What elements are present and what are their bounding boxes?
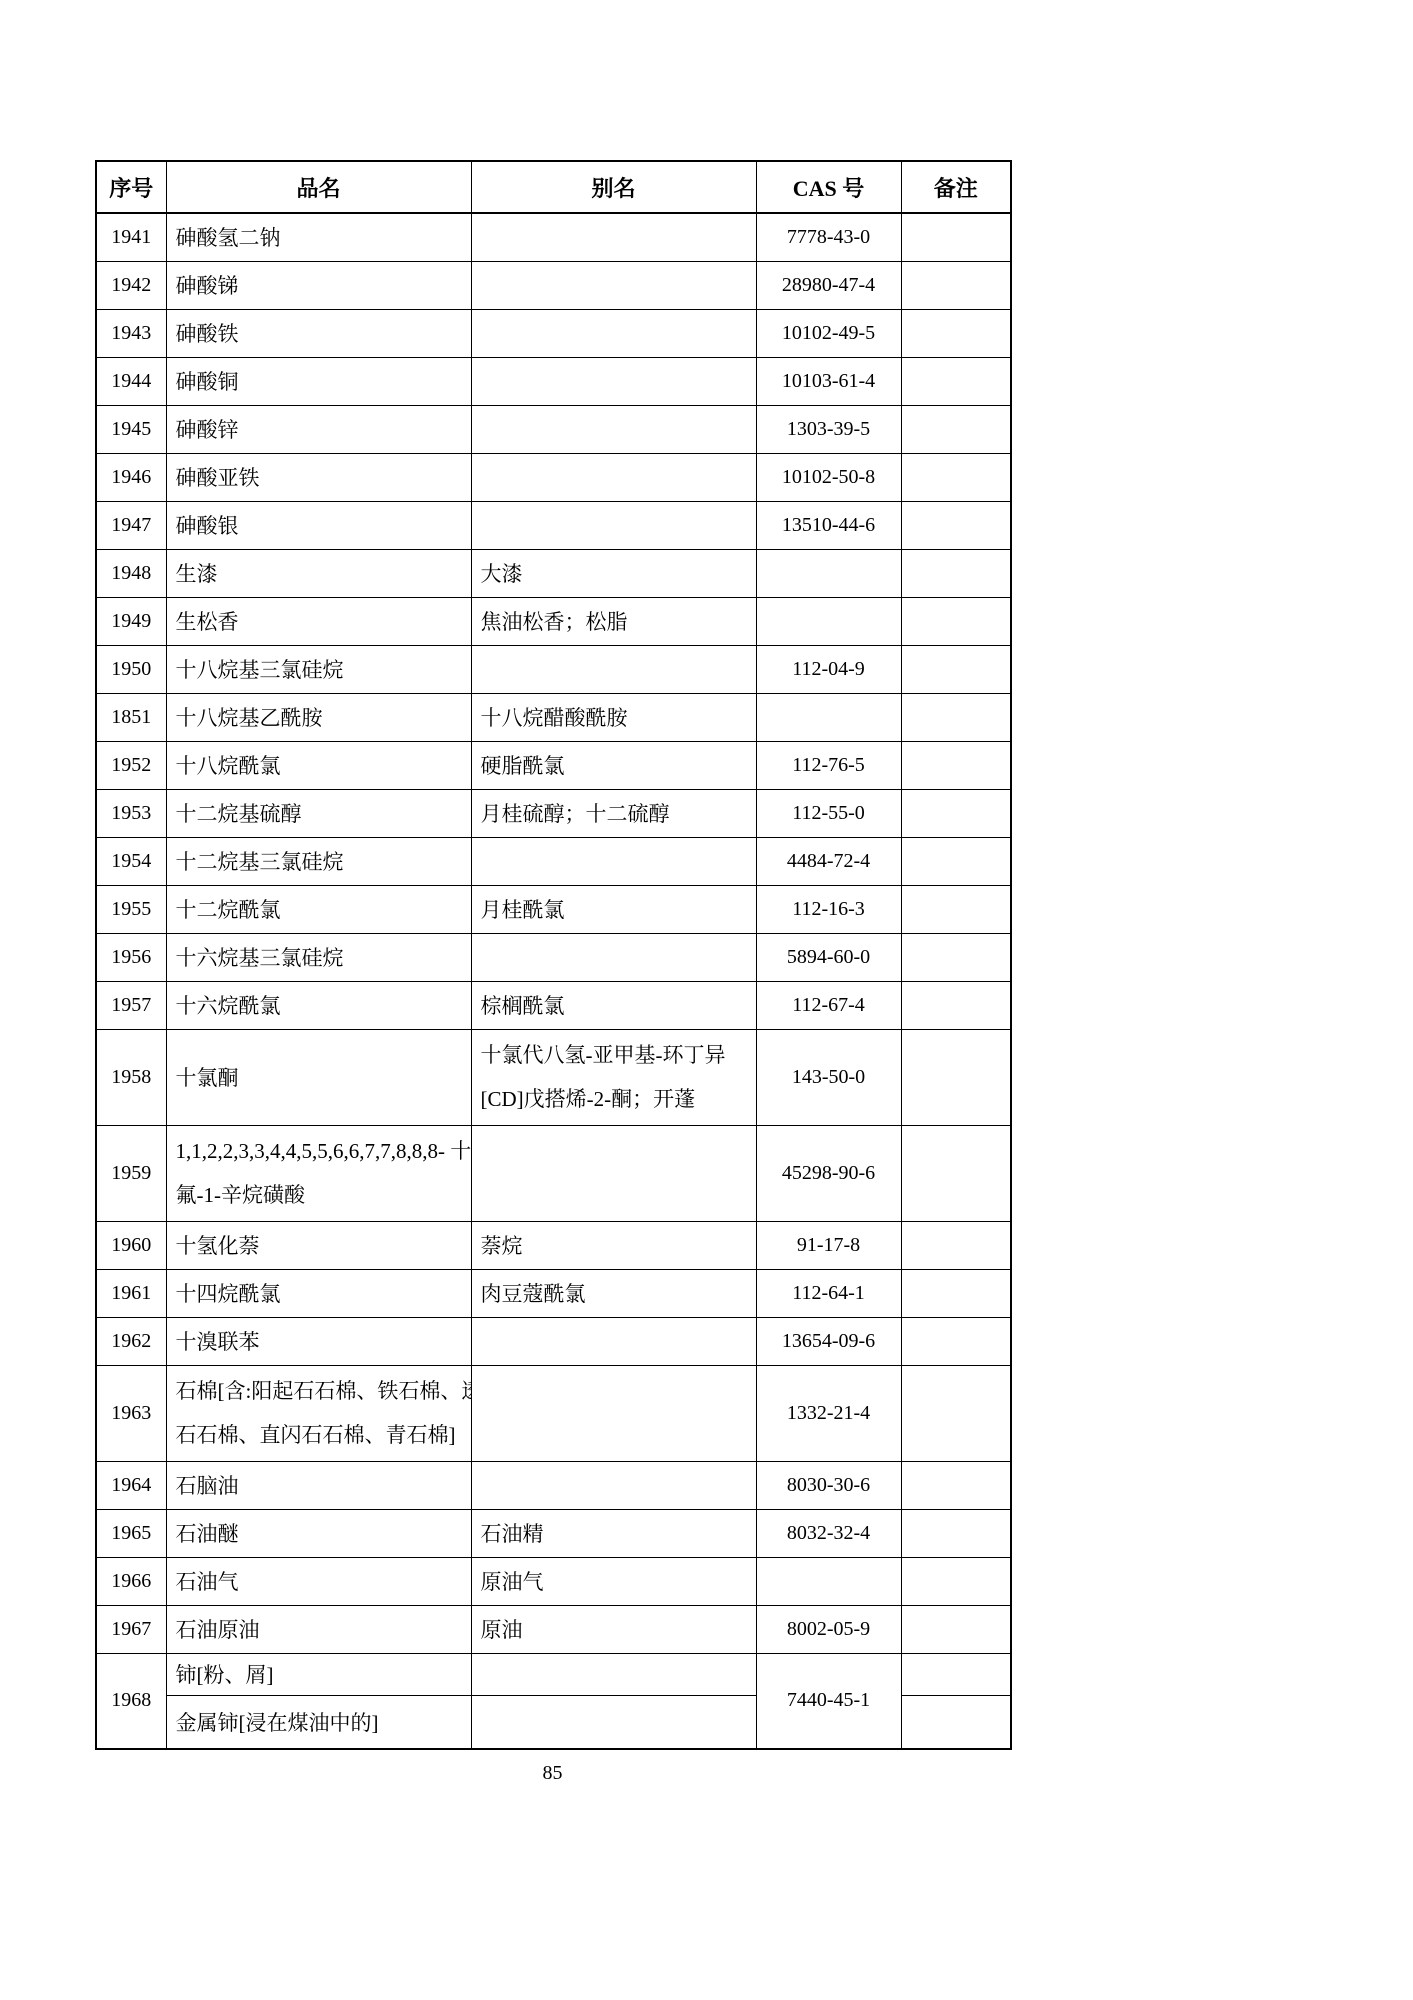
- cell-alias: [471, 1461, 756, 1509]
- cell-note: [901, 261, 1011, 309]
- cell-name: 石脑油: [166, 1461, 471, 1509]
- cell-serial: 1943: [96, 309, 166, 357]
- cell-serial: 1965: [96, 1509, 166, 1557]
- cell-note: [901, 1605, 1011, 1653]
- cell-cas: 1303-39-5: [756, 405, 901, 453]
- header-row: 序号 品名 别名 CAS 号 备注: [96, 161, 1011, 213]
- cell-cas: 10102-49-5: [756, 309, 901, 357]
- cell-alias: 月桂酰氯: [471, 885, 756, 933]
- table-row: 1964 石脑油 8030-30-6: [96, 1461, 1011, 1509]
- cell-cas: 13510-44-6: [756, 501, 901, 549]
- name-line: 1,1,2,2,3,3,4,4,5,5,6,6,7,7,8,8,8- 十 七: [176, 1129, 465, 1173]
- cell-alias: [471, 453, 756, 501]
- cell-serial: 1963: [96, 1365, 166, 1461]
- column-header-cas: CAS 号: [756, 161, 901, 213]
- table-row: 1966 石油气 原油气: [96, 1557, 1011, 1605]
- cell-serial: 1947: [96, 501, 166, 549]
- cell-name: 十二烷基硫醇: [166, 789, 471, 837]
- cell-name: 十八烷基三氯硅烷: [166, 645, 471, 693]
- table-row: 1945 砷酸锌 1303-39-5: [96, 405, 1011, 453]
- cell-serial: 1964: [96, 1461, 166, 1509]
- cell-note: [901, 1653, 1011, 1695]
- table-row: 1851 十八烷基乙酰胺 十八烷醋酸酰胺: [96, 693, 1011, 741]
- cell-name: 十二烷酰氯: [166, 885, 471, 933]
- cell-cas: [756, 693, 901, 741]
- cell-name: 石油原油: [166, 1605, 471, 1653]
- cell-note: [901, 1461, 1011, 1509]
- cell-serial: 1948: [96, 549, 166, 597]
- cell-serial: 1962: [96, 1317, 166, 1365]
- cell-name: 十氢化萘: [166, 1221, 471, 1269]
- cell-cas: 45298-90-6: [756, 1125, 901, 1221]
- cell-note: [901, 1509, 1011, 1557]
- cell-alias: 肉豆蔻酰氯: [471, 1269, 756, 1317]
- table-row: 1944 砷酸铜 10103-61-4: [96, 357, 1011, 405]
- cell-serial: 1952: [96, 741, 166, 789]
- cell-name: 十八烷酰氯: [166, 741, 471, 789]
- cell-name: 十八烷基乙酰胺: [166, 693, 471, 741]
- cell-serial: 1959: [96, 1125, 166, 1221]
- cell-alias: [471, 1317, 756, 1365]
- chemical-list-table: 序号 品名 别名 CAS 号 备注 1941 砷酸氢二钠 7778-43-0 1…: [95, 160, 1012, 1750]
- cell-name: 金属铈[浸在煤油中的]: [166, 1695, 471, 1749]
- cell-cas: 143-50-0: [756, 1029, 901, 1125]
- table-row: 1952 十八烷酰氯 硬脂酰氯 112-76-5: [96, 741, 1011, 789]
- cell-name: 生漆: [166, 549, 471, 597]
- table-row: 1943 砷酸铁 10102-49-5: [96, 309, 1011, 357]
- cell-cas: 1332-21-4: [756, 1365, 901, 1461]
- cell-name: 砷酸锌: [166, 405, 471, 453]
- cell-note: [901, 933, 1011, 981]
- cell-alias: [471, 357, 756, 405]
- cell-cas: 8030-30-6: [756, 1461, 901, 1509]
- cell-alias: 石油精: [471, 1509, 756, 1557]
- cell-note: [901, 789, 1011, 837]
- cell-serial: 1953: [96, 789, 166, 837]
- table-row: 1967 石油原油 原油 8002-05-9: [96, 1605, 1011, 1653]
- cell-alias: 十氯代八氢-亚甲基-环丁异 [CD]戊搭烯-2-酮；开蓬: [471, 1029, 756, 1125]
- cell-cas: 112-04-9: [756, 645, 901, 693]
- page-number: 85: [95, 1762, 1010, 1785]
- cell-note: [901, 405, 1011, 453]
- cell-alias: [471, 1365, 756, 1461]
- cell-serial: 1946: [96, 453, 166, 501]
- cell-note: [901, 981, 1011, 1029]
- column-header-alias: 别名: [471, 161, 756, 213]
- cell-alias: [471, 1125, 756, 1221]
- cell-serial: 1949: [96, 597, 166, 645]
- cell-cas: 112-16-3: [756, 885, 901, 933]
- cell-note: [901, 1365, 1011, 1461]
- alias-line: 十氯代八氢-亚甲基-环丁异: [481, 1033, 750, 1077]
- cell-alias: [471, 261, 756, 309]
- cell-note: [901, 1221, 1011, 1269]
- cell-serial: 1941: [96, 213, 166, 261]
- cell-name: 1,1,2,2,3,3,4,4,5,5,6,6,7,7,8,8,8- 十 七 氟…: [166, 1125, 471, 1221]
- cell-note: [901, 549, 1011, 597]
- document-page: 序号 品名 别名 CAS 号 备注 1941 砷酸氢二钠 7778-43-0 1…: [0, 0, 1413, 2000]
- cell-name: 石油醚: [166, 1509, 471, 1557]
- cell-serial: 1968: [96, 1653, 166, 1749]
- cell-name: 十六烷酰氯: [166, 981, 471, 1029]
- cell-serial: 1960: [96, 1221, 166, 1269]
- cell-alias: 焦油松香；松脂: [471, 597, 756, 645]
- table-row: 1956 十六烷基三氯硅烷 5894-60-0: [96, 933, 1011, 981]
- cell-alias: 月桂硫醇；十二硫醇: [471, 789, 756, 837]
- cell-note: [901, 213, 1011, 261]
- cell-note: [901, 357, 1011, 405]
- table-row: 1950 十八烷基三氯硅烷 112-04-9: [96, 645, 1011, 693]
- cell-serial: 1966: [96, 1557, 166, 1605]
- cell-note: [901, 1269, 1011, 1317]
- table-row: 1968 铈[粉、屑] 7440-45-1: [96, 1653, 1011, 1695]
- cell-cas: 13654-09-6: [756, 1317, 901, 1365]
- column-header-note: 备注: [901, 161, 1011, 213]
- cell-name: 砷酸铜: [166, 357, 471, 405]
- cell-serial: 1956: [96, 933, 166, 981]
- cell-note: [901, 1029, 1011, 1125]
- cell-serial: 1967: [96, 1605, 166, 1653]
- cell-alias: 十八烷醋酸酰胺: [471, 693, 756, 741]
- column-header-serial: 序号: [96, 161, 166, 213]
- cell-note: [901, 693, 1011, 741]
- cell-alias: 大漆: [471, 549, 756, 597]
- cell-name: 砷酸亚铁: [166, 453, 471, 501]
- name-line: 石石棉、直闪石石棉、青石棉]: [176, 1413, 465, 1457]
- cell-note: [901, 1695, 1011, 1749]
- table-row: 1955 十二烷酰氯 月桂酰氯 112-16-3: [96, 885, 1011, 933]
- cell-cas: 5894-60-0: [756, 933, 901, 981]
- cell-name: 砷酸铁: [166, 309, 471, 357]
- cell-alias: [471, 1695, 756, 1749]
- cell-name: 十二烷基三氯硅烷: [166, 837, 471, 885]
- table-row: 1962 十溴联苯 13654-09-6: [96, 1317, 1011, 1365]
- cell-name: 生松香: [166, 597, 471, 645]
- table-row: 1959 1,1,2,2,3,3,4,4,5,5,6,6,7,7,8,8,8- …: [96, 1125, 1011, 1221]
- cell-note: [901, 837, 1011, 885]
- cell-cas: 7440-45-1: [756, 1653, 901, 1749]
- cell-serial: 1950: [96, 645, 166, 693]
- cell-name: 十溴联苯: [166, 1317, 471, 1365]
- table-row: 1954 十二烷基三氯硅烷 4484-72-4: [96, 837, 1011, 885]
- cell-cas: 91-17-8: [756, 1221, 901, 1269]
- table-row: 1949 生松香 焦油松香；松脂: [96, 597, 1011, 645]
- cell-note: [901, 1317, 1011, 1365]
- cell-alias: 原油: [471, 1605, 756, 1653]
- cell-alias: [471, 645, 756, 693]
- cell-cas: 10103-61-4: [756, 357, 901, 405]
- cell-note: [901, 309, 1011, 357]
- cell-alias: [471, 213, 756, 261]
- cell-note: [901, 645, 1011, 693]
- cell-note: [901, 741, 1011, 789]
- cell-name: 十四烷酰氯: [166, 1269, 471, 1317]
- table-row: 1958 十氯酮 十氯代八氢-亚甲基-环丁异 [CD]戊搭烯-2-酮；开蓬 14…: [96, 1029, 1011, 1125]
- table-row: 1960 十氢化萘 萘烷 91-17-8: [96, 1221, 1011, 1269]
- cell-name: 十氯酮: [166, 1029, 471, 1125]
- cell-serial: 1851: [96, 693, 166, 741]
- cell-serial: 1954: [96, 837, 166, 885]
- cell-note: [901, 597, 1011, 645]
- cell-cas: 8032-32-4: [756, 1509, 901, 1557]
- cell-cas: [756, 1557, 901, 1605]
- table-row: 1957 十六烷酰氯 棕榈酰氯 112-67-4: [96, 981, 1011, 1029]
- cell-cas: 28980-47-4: [756, 261, 901, 309]
- cell-cas: 7778-43-0: [756, 213, 901, 261]
- cell-name: 砷酸银: [166, 501, 471, 549]
- cell-cas: 112-67-4: [756, 981, 901, 1029]
- cell-serial: 1955: [96, 885, 166, 933]
- cell-alias: 原油气: [471, 1557, 756, 1605]
- cell-name: 石油气: [166, 1557, 471, 1605]
- cell-cas: [756, 597, 901, 645]
- table-row: 1953 十二烷基硫醇 月桂硫醇；十二硫醇 112-55-0: [96, 789, 1011, 837]
- cell-name: 十六烷基三氯硅烷: [166, 933, 471, 981]
- cell-note: [901, 1125, 1011, 1221]
- cell-note: [901, 1557, 1011, 1605]
- cell-note: [901, 885, 1011, 933]
- cell-name: 铈[粉、屑]: [166, 1653, 471, 1695]
- cell-alias: 萘烷: [471, 1221, 756, 1269]
- cell-alias: [471, 837, 756, 885]
- table-row: 1965 石油醚 石油精 8032-32-4: [96, 1509, 1011, 1557]
- alias-line: [CD]戊搭烯-2-酮；开蓬: [481, 1077, 750, 1121]
- cell-alias: [471, 405, 756, 453]
- cell-cas: 4484-72-4: [756, 837, 901, 885]
- table-row: 1963 石棉[含:阳起石石棉、铁石棉、透闪 石石棉、直闪石石棉、青石棉] 13…: [96, 1365, 1011, 1461]
- name-line: 石棉[含:阳起石石棉、铁石棉、透闪: [176, 1369, 465, 1413]
- cell-serial: 1958: [96, 1029, 166, 1125]
- cell-alias: [471, 501, 756, 549]
- table-row: 1947 砷酸银 13510-44-6: [96, 501, 1011, 549]
- cell-name: 砷酸氢二钠: [166, 213, 471, 261]
- cell-note: [901, 501, 1011, 549]
- cell-cas: 8002-05-9: [756, 1605, 901, 1653]
- cell-cas: 10102-50-8: [756, 453, 901, 501]
- cell-note: [901, 453, 1011, 501]
- cell-serial: 1961: [96, 1269, 166, 1317]
- cell-name: 砷酸锑: [166, 261, 471, 309]
- cell-serial: 1945: [96, 405, 166, 453]
- cell-cas: [756, 549, 901, 597]
- table-row: 1961 十四烷酰氯 肉豆蔻酰氯 112-64-1: [96, 1269, 1011, 1317]
- cell-name: 石棉[含:阳起石石棉、铁石棉、透闪 石石棉、直闪石石棉、青石棉]: [166, 1365, 471, 1461]
- cell-serial: 1942: [96, 261, 166, 309]
- cell-cas: 112-76-5: [756, 741, 901, 789]
- cell-serial: 1957: [96, 981, 166, 1029]
- cell-cas: 112-55-0: [756, 789, 901, 837]
- cell-serial: 1944: [96, 357, 166, 405]
- table-row: 1942 砷酸锑 28980-47-4: [96, 261, 1011, 309]
- table-row: 1946 砷酸亚铁 10102-50-8: [96, 453, 1011, 501]
- table-row: 1948 生漆 大漆: [96, 549, 1011, 597]
- cell-alias: [471, 933, 756, 981]
- cell-cas: 112-64-1: [756, 1269, 901, 1317]
- cell-alias: [471, 1653, 756, 1695]
- name-line: 氟-1-辛烷磺酸: [176, 1173, 465, 1217]
- cell-alias: [471, 309, 756, 357]
- cell-alias: 硬脂酰氯: [471, 741, 756, 789]
- cell-alias: 棕榈酰氯: [471, 981, 756, 1029]
- column-header-name: 品名: [166, 161, 471, 213]
- table-row: 1941 砷酸氢二钠 7778-43-0: [96, 213, 1011, 261]
